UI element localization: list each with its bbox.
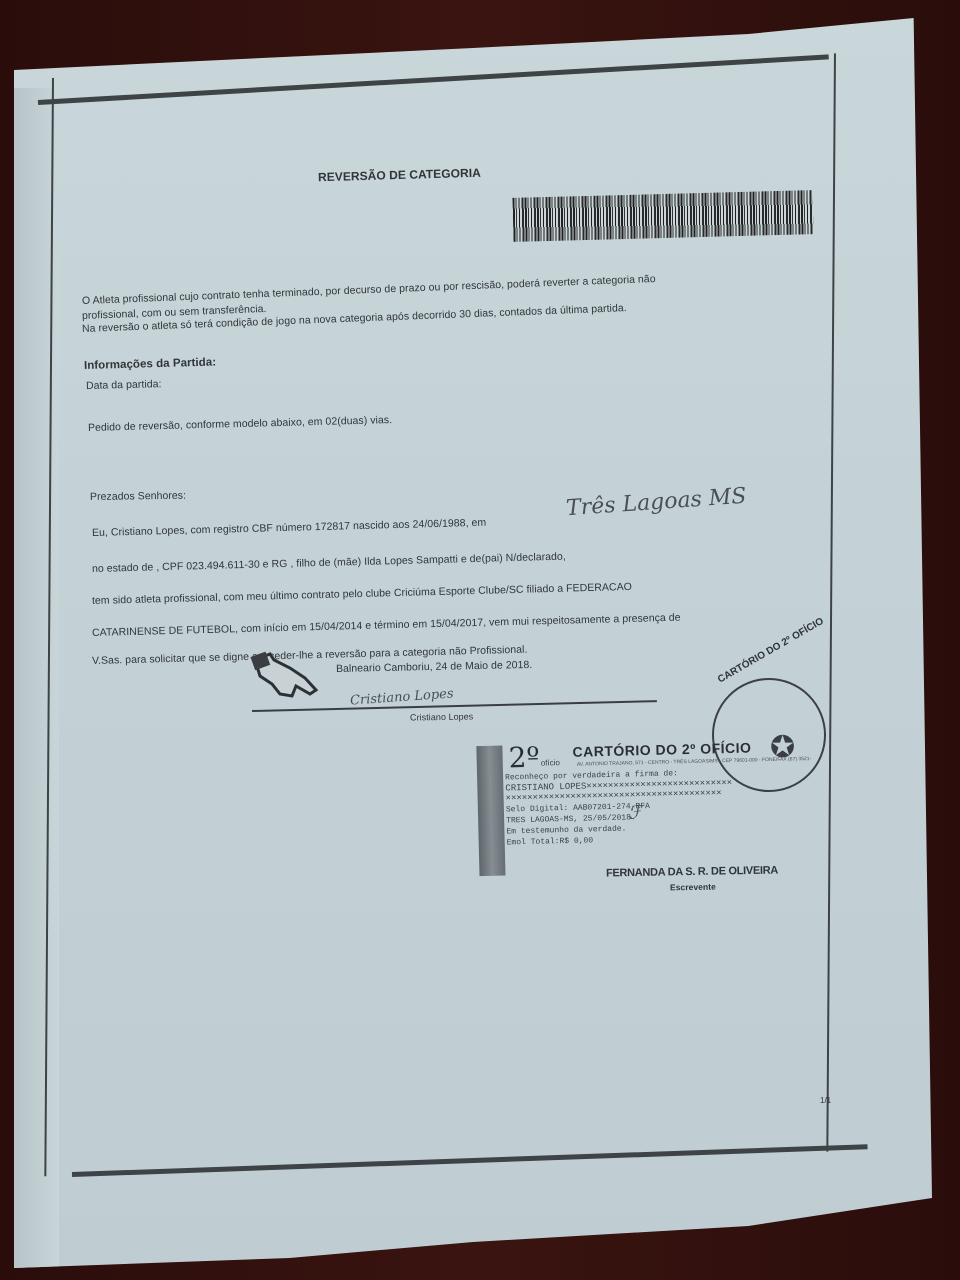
barcode [512,190,813,242]
intro-line-1: O Atleta profissional cujo contrato tenh… [82,273,656,307]
notary-signature: ℱ [627,802,643,824]
page-number: 1/1 [820,1096,831,1105]
stamp-text-6: Em testemunho da verdade. [506,825,626,837]
salutation: Prezados Senhores: [90,490,186,503]
document-title: REVERSÃO DE CATEGORIA [318,166,481,185]
body-line-1: Eu, Cristiano Lopes, com registro CBF nú… [92,517,487,539]
notary-role: Escrevente [670,882,716,893]
signer-name: Cristiano Lopes [410,711,473,722]
body-line-3: tem sido atleta profissional, com meu úl… [92,581,632,607]
request-line: Pedido de reversão, conforme modelo abai… [88,414,392,434]
stamp-text-5: TRES LAGOAS-MS, 25/05/2018. [506,813,636,825]
handwritten-birthplace: Três Lagoas MS [565,484,747,522]
section-heading: Informações da Partida: [84,357,216,372]
place-date: Balneario Camboriu, 24 de Maio de 2018. [336,659,533,675]
pointing-hand-icon [250,650,330,710]
stamp-side-bar [476,746,505,877]
document-content: REVERSÃO DE CATEGORIA O Atleta profissio… [0,0,960,1280]
stamp-ordinal: 2º [508,741,540,775]
body-line-4: CATARINENSE DE FUTEBOL, com início em 15… [92,612,681,639]
match-date-label: Data da partida: [86,378,162,392]
body-line-2: no estado de , CPF 023.494.611-30 e RG ,… [92,551,566,575]
stamp-text-7: Emol Total:R$ 0,00 [507,836,594,847]
stamp-oficio-label: ofício [541,758,560,767]
notary-seal-text: CARTÓRIO DO 2º OFÍCIO [716,616,826,686]
stamp-office-name: CARTÓRIO DO 2º OFÍCIO [572,739,751,759]
